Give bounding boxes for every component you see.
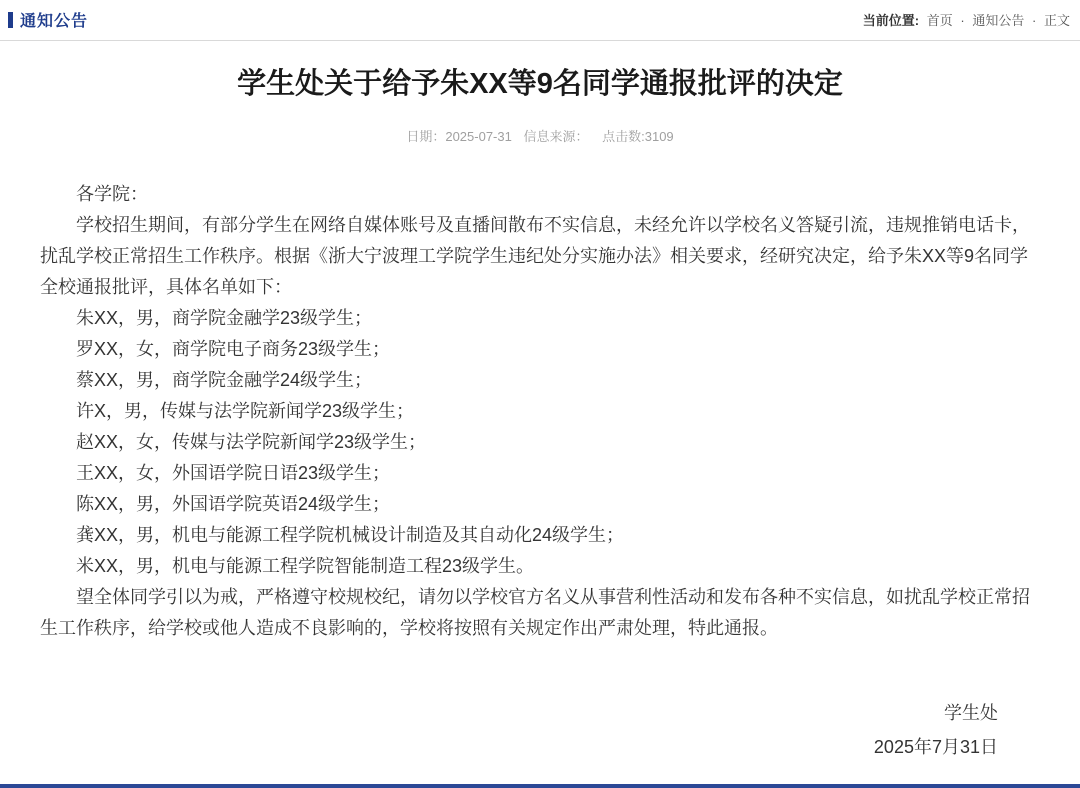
breadcrumb-label: 当前位置: — [863, 13, 919, 28]
article: 学生处关于给予朱XX等9名同学通报批评的决定 日期：2025-07-31 信息来… — [0, 65, 1080, 788]
student-line: 罗XX，女，商学院电子商务23级学生； — [40, 334, 1040, 365]
signature-block: 学生处 2025年7月31日 — [40, 696, 1040, 788]
breadcrumb-current: 正文 — [1044, 13, 1070, 28]
meta-date-label: 日期： — [406, 129, 445, 144]
paragraph-closing: 望全体同学引以为戒，严格遵守校规校纪，请勿以学校官方名义从事营利性活动和发布各种… — [40, 582, 1040, 644]
footer-bar — [0, 784, 1080, 788]
article-content: 各学院： 学校招生期间，有部分学生在网络自媒体账号及直播间散布不实信息，未经允许… — [40, 179, 1040, 644]
student-line: 龚XX，男，机电与能源工程学院机械设计制造及其自动化24级学生； — [40, 520, 1040, 551]
breadcrumb-separator: · — [1032, 13, 1036, 28]
student-line: 赵XX，女，传媒与法学院新闻学23级学生； — [40, 427, 1040, 458]
breadcrumb: 当前位置: 首页 · 通知公告 · 正文 — [863, 10, 1070, 29]
article-title: 学生处关于给予朱XX等9名同学通报批评的决定 — [40, 65, 1040, 104]
signature-department: 学生处 — [40, 696, 998, 730]
topbar: 通知公告 当前位置: 首页 · 通知公告 · 正文 — [0, 0, 1080, 41]
section-header: 通知公告 — [8, 8, 88, 31]
breadcrumb-separator: · — [960, 13, 964, 28]
meta-date-value: 2025-07-31 — [445, 129, 512, 144]
section-marker-icon — [8, 12, 13, 28]
meta-clicks-label: 点击数: — [602, 129, 645, 144]
salutation: 各学院： — [40, 179, 1040, 210]
article-meta: 日期：2025-07-31 信息来源： 点击数:3109 — [40, 126, 1040, 145]
student-line: 陈XX，男，外国语学院英语24级学生； — [40, 489, 1040, 520]
breadcrumb-section-link[interactable]: 通知公告 — [972, 13, 1024, 28]
student-line: 蔡XX，男，商学院金融学24级学生； — [40, 365, 1040, 396]
page: 通知公告 当前位置: 首页 · 通知公告 · 正文 学生处关于给予朱XX等9名同… — [0, 0, 1080, 788]
student-line: 王XX，女，外国语学院日语23级学生； — [40, 458, 1040, 489]
meta-clicks: 点击数:3109 — [602, 129, 674, 144]
meta-source-label: 信息来源： — [523, 129, 588, 144]
signature-date: 2025年7月31日 — [40, 730, 998, 764]
student-line: 朱XX，男，商学院金融学23级学生； — [40, 303, 1040, 334]
student-line: 米XX，男，机电与能源工程学院智能制造工程23级学生。 — [40, 551, 1040, 582]
section-title: 通知公告 — [20, 8, 88, 31]
breadcrumb-home-link[interactable]: 首页 — [927, 13, 953, 28]
meta-clicks-value: 3109 — [645, 129, 674, 144]
paragraph-intro: 学校招生期间，有部分学生在网络自媒体账号及直播间散布不实信息，未经允许以学校名义… — [40, 210, 1040, 303]
student-line: 许X，男，传媒与法学院新闻学23级学生； — [40, 396, 1040, 427]
